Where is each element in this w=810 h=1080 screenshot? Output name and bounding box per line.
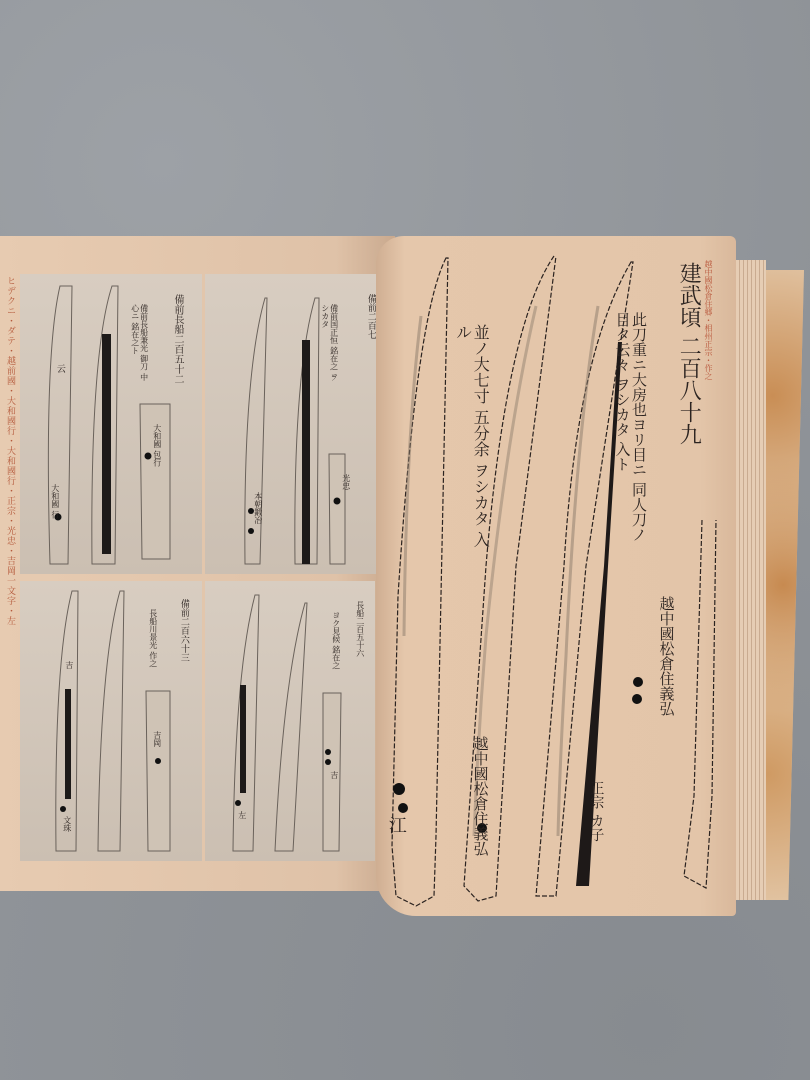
middle-note: 並ノ大七寸 五分余 ヲシカタ 入ル (454, 324, 489, 554)
tang-inscription-center: 越中國松倉住義弘 (472, 736, 489, 856)
blade-mark: 云 (54, 364, 64, 373)
left-side-caption: ヒデクニ・ダテ・越前國・大和國行・大和國行・正宗・光忠・吉岡一文字・左 (4, 276, 17, 746)
tang-inscription: 左 (237, 811, 246, 819)
page-stack-edge (736, 260, 766, 900)
tang-inscription-far-right: 越中國松倉住義弘 (658, 596, 675, 716)
plate-heading: 備前二百七 (365, 294, 375, 339)
red-caption: 越中國松倉住郷・相州正宗・作之 (703, 260, 714, 430)
plate-heading: 備前長船二百五十二 (172, 294, 183, 384)
plate-heading: 備前二百六十三 (178, 599, 188, 662)
tang-inscription: 本朝鍛冶 (253, 492, 262, 524)
plate-top-left: 備前長船二百五十二 備前長船兼光 御刀 中心ニ 銘在之ト 大和國 行 大和國 包… (20, 274, 202, 574)
sword-drawing-icon (205, 581, 375, 861)
plate-notes: 長船川景光 作之 (148, 609, 157, 699)
plate-notes: 備前国正恒 銘在之 ヲシカタ (320, 304, 338, 384)
tang-inscription: 大和國 包行 (152, 424, 161, 467)
plate-top-right: 備前二百七 備前国正恒 銘在之 ヲシカタ 本朝鍛冶 光忠 (205, 274, 387, 574)
tang-inscription: 大和國 行 (50, 484, 59, 519)
sword-drawing-icon (20, 581, 202, 861)
plate-notes: ヨク見候 銘在之 (331, 611, 340, 681)
page-title: 建武頃 二百八十九 (676, 262, 700, 445)
tang-inscription-left: 江 (386, 816, 406, 834)
plate-bottom-left: 備前二百六十三 長船川景光 作之 吉岡 文珠 吉 (20, 581, 202, 861)
blade-mark: 吉 (64, 661, 73, 669)
right-page: 越中國松倉住郷・相州正宗・作之 建武頃 二百八十九 此刀重ニ大房也ヨリ目ニ 同人… (376, 236, 736, 916)
plate-notes: 備前長船兼光 御刀 中心ニ 銘在之ト (130, 304, 148, 384)
tang-inscription: 吉 (329, 771, 338, 779)
left-page: ヒデクニ・ダテ・越前國・大和國行・大和國行・正宗・光忠・吉岡一文字・左 備前長船… (0, 236, 395, 891)
plate-bottom-right: 長船二百五十六 ヨク見候 銘在之 吉 左 (205, 581, 375, 861)
tang-inscription: 光忠 (341, 474, 350, 490)
main-note: 此刀重ニ大房也ヨリ目ニ 同人刀ノ目タ云々 ヲシカタ 入ト (614, 312, 647, 542)
tang-inscription: 吉岡 (152, 731, 161, 747)
sword-drawing-icon (205, 274, 387, 574)
tang-inscription: 文珠 (62, 816, 71, 832)
tang-inscription-right-center: 正宗 カ子 (588, 781, 603, 841)
plate-heading: 長船二百五十六 (355, 601, 364, 657)
